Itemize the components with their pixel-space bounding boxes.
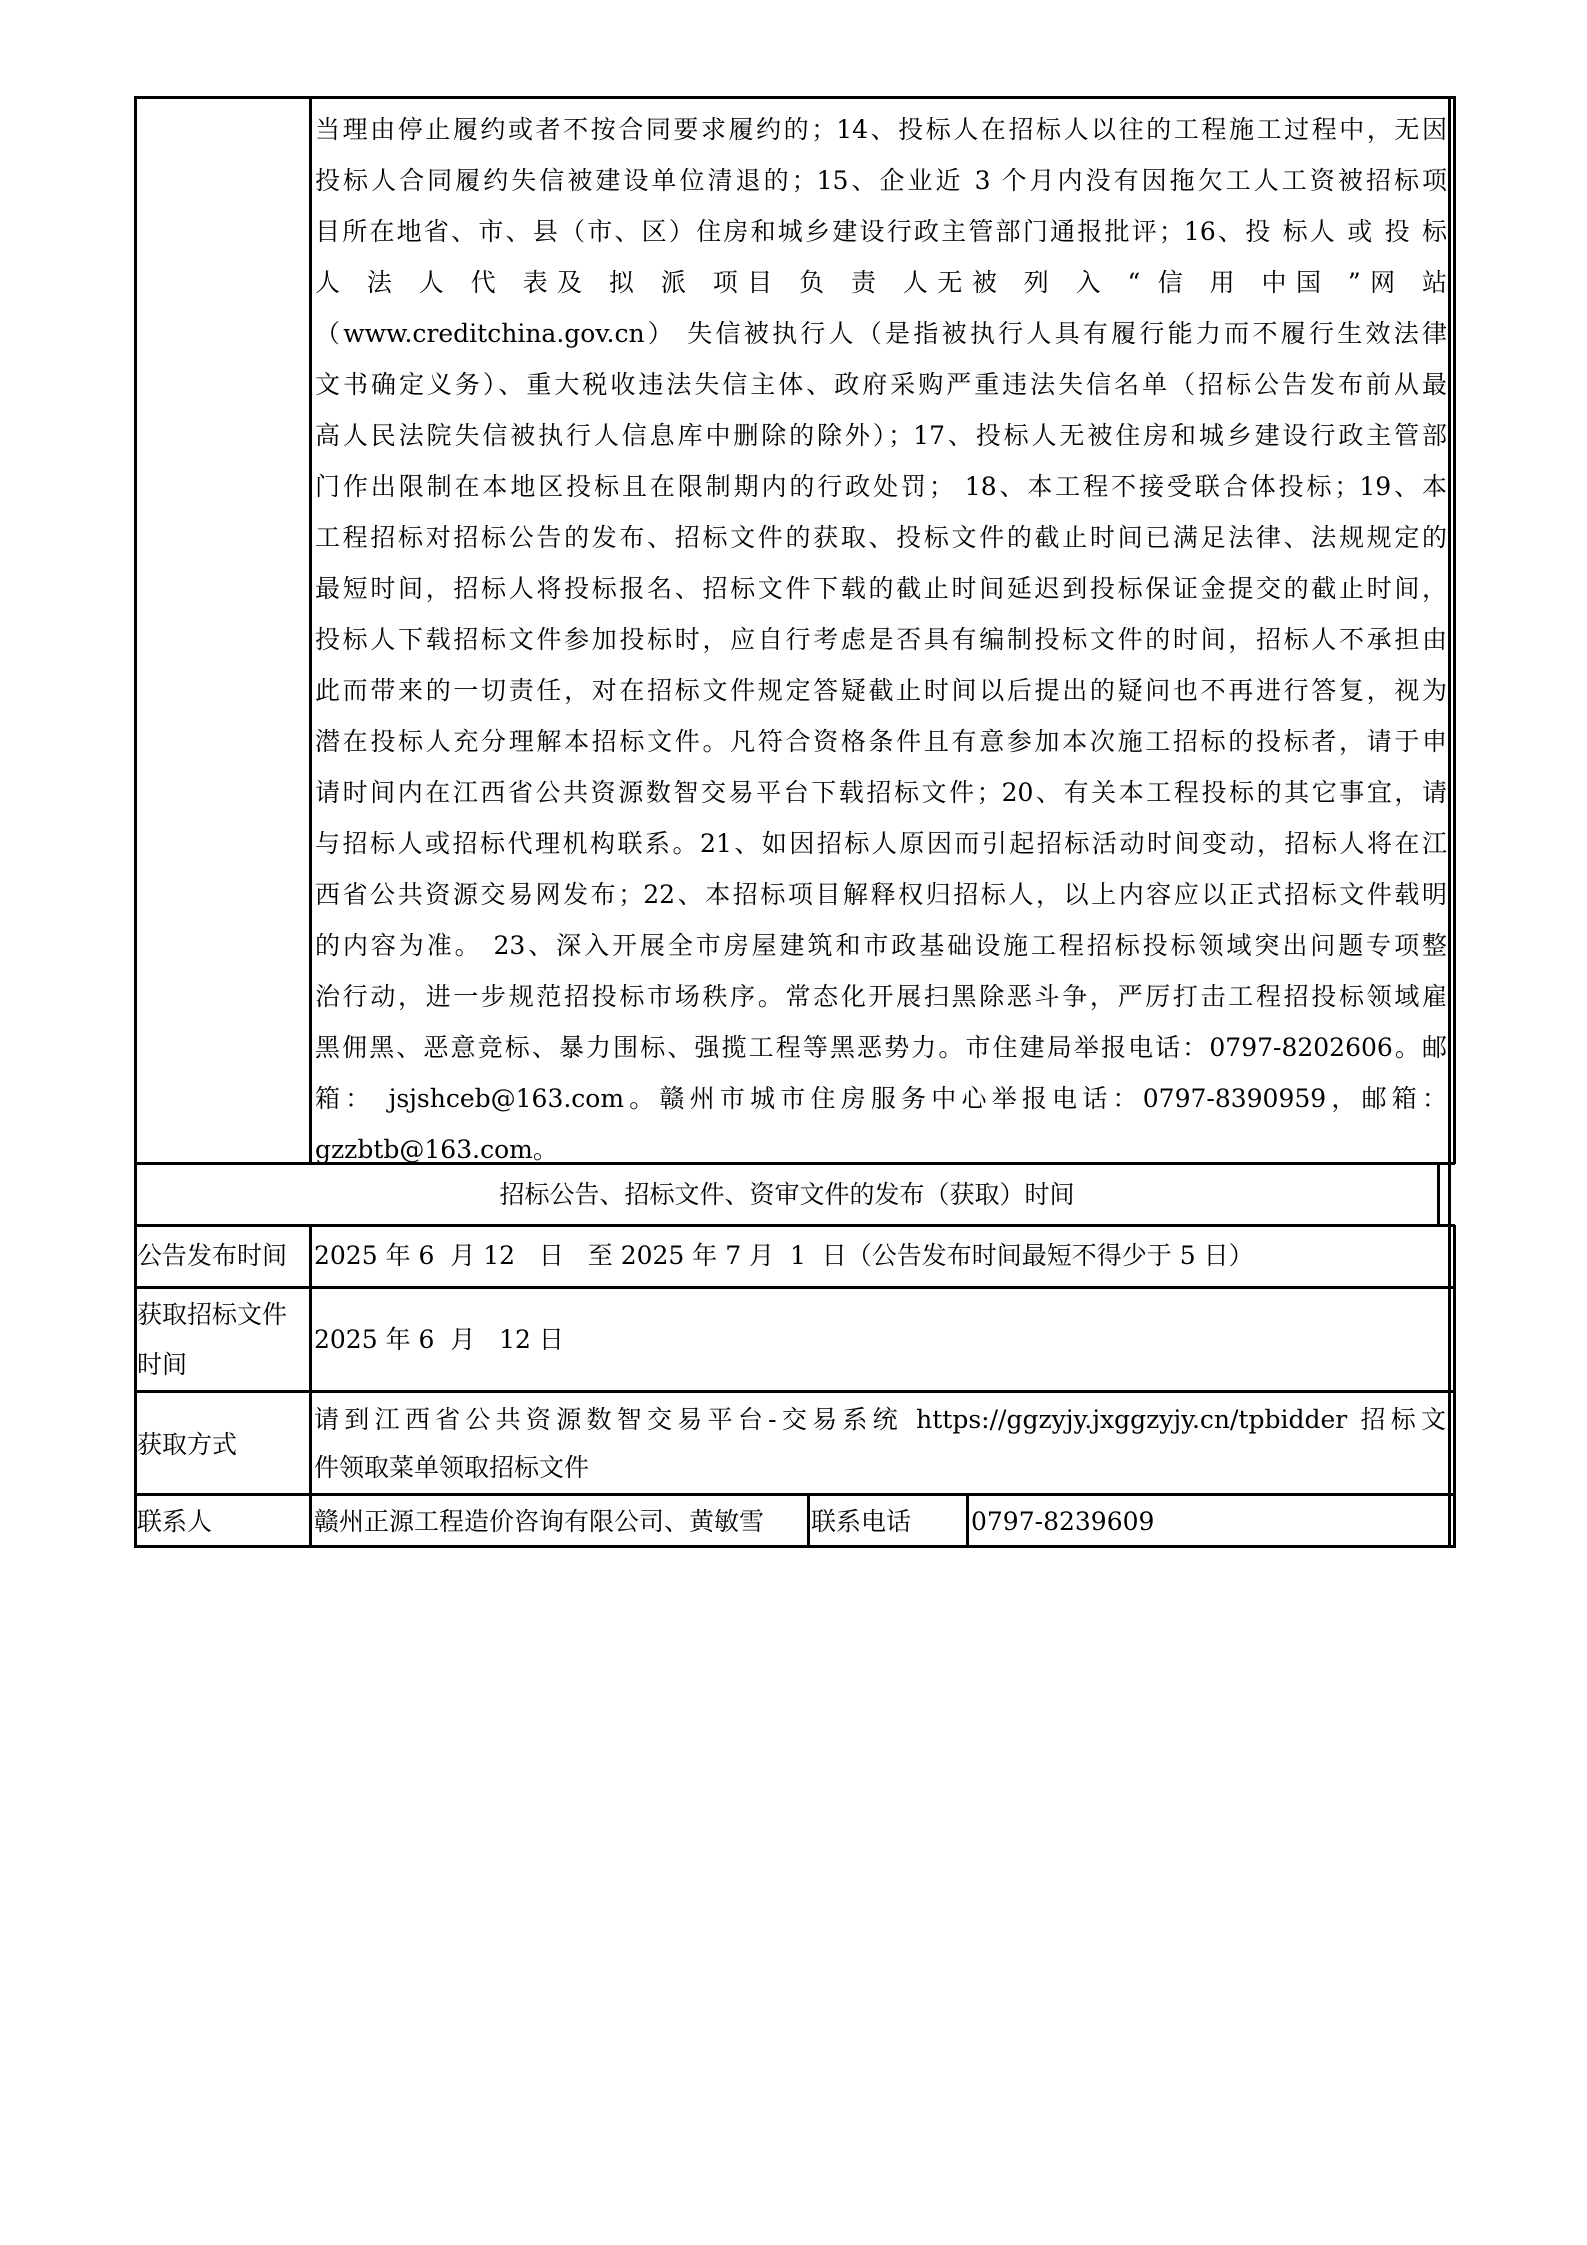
table-border-right-outer <box>1453 96 1456 1164</box>
paragraph-line: 与招标人或招标代理机构联系。21、如因招标人原因而引起招标活动时间变动，招标人将… <box>315 824 1447 875</box>
row-divider-announcement-top <box>135 1224 1455 1227</box>
section-header-right-border-outer <box>1448 1163 1451 1226</box>
table-border-right-outer-lower <box>1453 1225 1456 1548</box>
paragraph-line: 投标人合同履约失信被建设单位清退的；15、企业近 3 个月内没有因拖欠工人工资被… <box>315 161 1447 212</box>
obtain-time-label-line1: 获取招标文件 <box>137 1300 287 1330</box>
paragraph-line: （www.creditchina.gov.cn） 失信被执行人（是指被执行人具有… <box>315 314 1447 365</box>
obtain-method-value-line2: 件领取菜单领取招标文件 <box>314 1453 589 1483</box>
paragraph-line: gzzbtb@163.com。 <box>315 1130 1447 1181</box>
paragraph-line: 文书确定义务）、重大税收违法失信主体、政府采购严重违法失信名单（招标公告发布前从… <box>315 365 1447 416</box>
contact-phone-value: 0797-8239609 <box>971 1507 1154 1537</box>
table-border-bottom <box>135 1545 1455 1548</box>
paragraph-line: 箱： jsjshceb@163.com。赣州市城市住房服务中心举报电话：0797… <box>315 1079 1447 1130</box>
obtain-time-label-line2: 时间 <box>137 1350 187 1380</box>
paragraph-line: 此而带来的一切责任，对在招标文件规定答疑截止时间以后提出的疑问也不再进行答复，视… <box>315 671 1447 722</box>
table-border-right-inner <box>1448 96 1451 1164</box>
paragraph-line: 高人民法院失信被执行人信息库中删除的除外）；17、投标人无被住房和城乡建设行政主… <box>315 416 1447 467</box>
section-header: 招标公告、招标文件、资审文件的发布（获取）时间 <box>137 1180 1437 1210</box>
paragraph-line: 投标人下载招标文件参加投标时，应自行考虑是否具有编制投标文件的时间，招标人不承担… <box>315 620 1447 671</box>
row-divider-obtain-time-top <box>135 1286 1455 1289</box>
row-divider-obtain-method-top <box>135 1390 1455 1393</box>
table-border-left <box>134 96 137 1548</box>
paragraph-line: 最短时间，招标人将投标报名、招标文件下载的截止时间延迟到投标保证金提交的截止时间… <box>315 569 1447 620</box>
paragraph-line: 人 法 人 代 表及 拟 派 项目 负 责 人无被 列 入 “ 信 用 中国 ”… <box>315 263 1447 314</box>
contact-value: 赣州正源工程造价咨询有限公司、黄敏雪 <box>314 1507 806 1537</box>
paragraph-line: 当理由停止履约或者不按合同要求履约的；14、投标人在招标人以往的工程施工过程中，… <box>315 110 1447 161</box>
contact-divider-2 <box>966 1494 969 1546</box>
paragraph-line: 的内容为准。 23、深入开展全市房屋建筑和市政基础设施工程招标投标领域突出问题专… <box>315 926 1447 977</box>
paragraph-line: 门作出限制在本地区投标且在限制期内的行政处罚； 18、本工程不接受联合体投标；1… <box>315 467 1447 518</box>
announcement-label: 公告发布时间 <box>137 1241 287 1271</box>
contact-label: 联系人 <box>137 1507 212 1537</box>
row-divider-contact-top <box>135 1493 1455 1496</box>
table-border-top <box>135 96 1455 99</box>
obtain-method-label: 获取方式 <box>137 1430 237 1460</box>
paragraph-line: 请时间内在江西省公共资源数智交易平台下载招标文件；20、有关本工程投标的其它事宜… <box>315 773 1447 824</box>
announcement-value: 2025 年 6 月 12 日 至 2025 年 7 月 1 日（公告发布时间最… <box>314 1241 1254 1271</box>
obtain-time-value: 2025 年 6 月 12 日 <box>314 1325 564 1355</box>
contact-divider-1 <box>807 1494 810 1546</box>
document-page: 当理由停止履约或者不按合同要求履约的；14、投标人在招标人以往的工程施工过程中，… <box>0 0 1587 2245</box>
paragraph-line: 西省公共资源交易网发布；22、本招标项目解释权归招标人，以上内容应以正式招标文件… <box>315 875 1447 926</box>
paragraph-line: 黑佣黑、恶意竞标、暴力围标、强揽工程等黑恶势力。市住建局举报电话：0797-82… <box>315 1028 1447 1079</box>
column-divider-lower <box>309 1225 312 1548</box>
paragraph-line: 潜在投标人充分理解本招标文件。凡符合资格条件且有意参加本次施工招标的投标者，请于… <box>315 722 1447 773</box>
column-divider-upper <box>309 96 312 1164</box>
paragraph-line: 工程招标对招标公告的发布、招标文件的获取、投标文件的截止时间已满足法律、法规规定… <box>315 518 1447 569</box>
requirements-paragraph: 当理由停止履约或者不按合同要求履约的；14、投标人在招标人以往的工程施工过程中，… <box>315 110 1447 1181</box>
contact-phone-label: 联系电话 <box>811 1507 911 1537</box>
paragraph-line: 目所在地省、市、县（市、区）住房和城乡建设行政主管部门通报批评；16、投 标人 … <box>315 212 1447 263</box>
obtain-method-value-line1: 请到江西省公共资源数智交易平台-交易系统 https://ggzyjy.jxgg… <box>314 1405 1446 1435</box>
paragraph-line: 治行动，进一步规范招投标市场秩序。常态化开展扫黑除恶斗争，严厉打击工程招投标领域… <box>315 977 1447 1028</box>
table-border-right-inner-lower <box>1448 1225 1451 1548</box>
